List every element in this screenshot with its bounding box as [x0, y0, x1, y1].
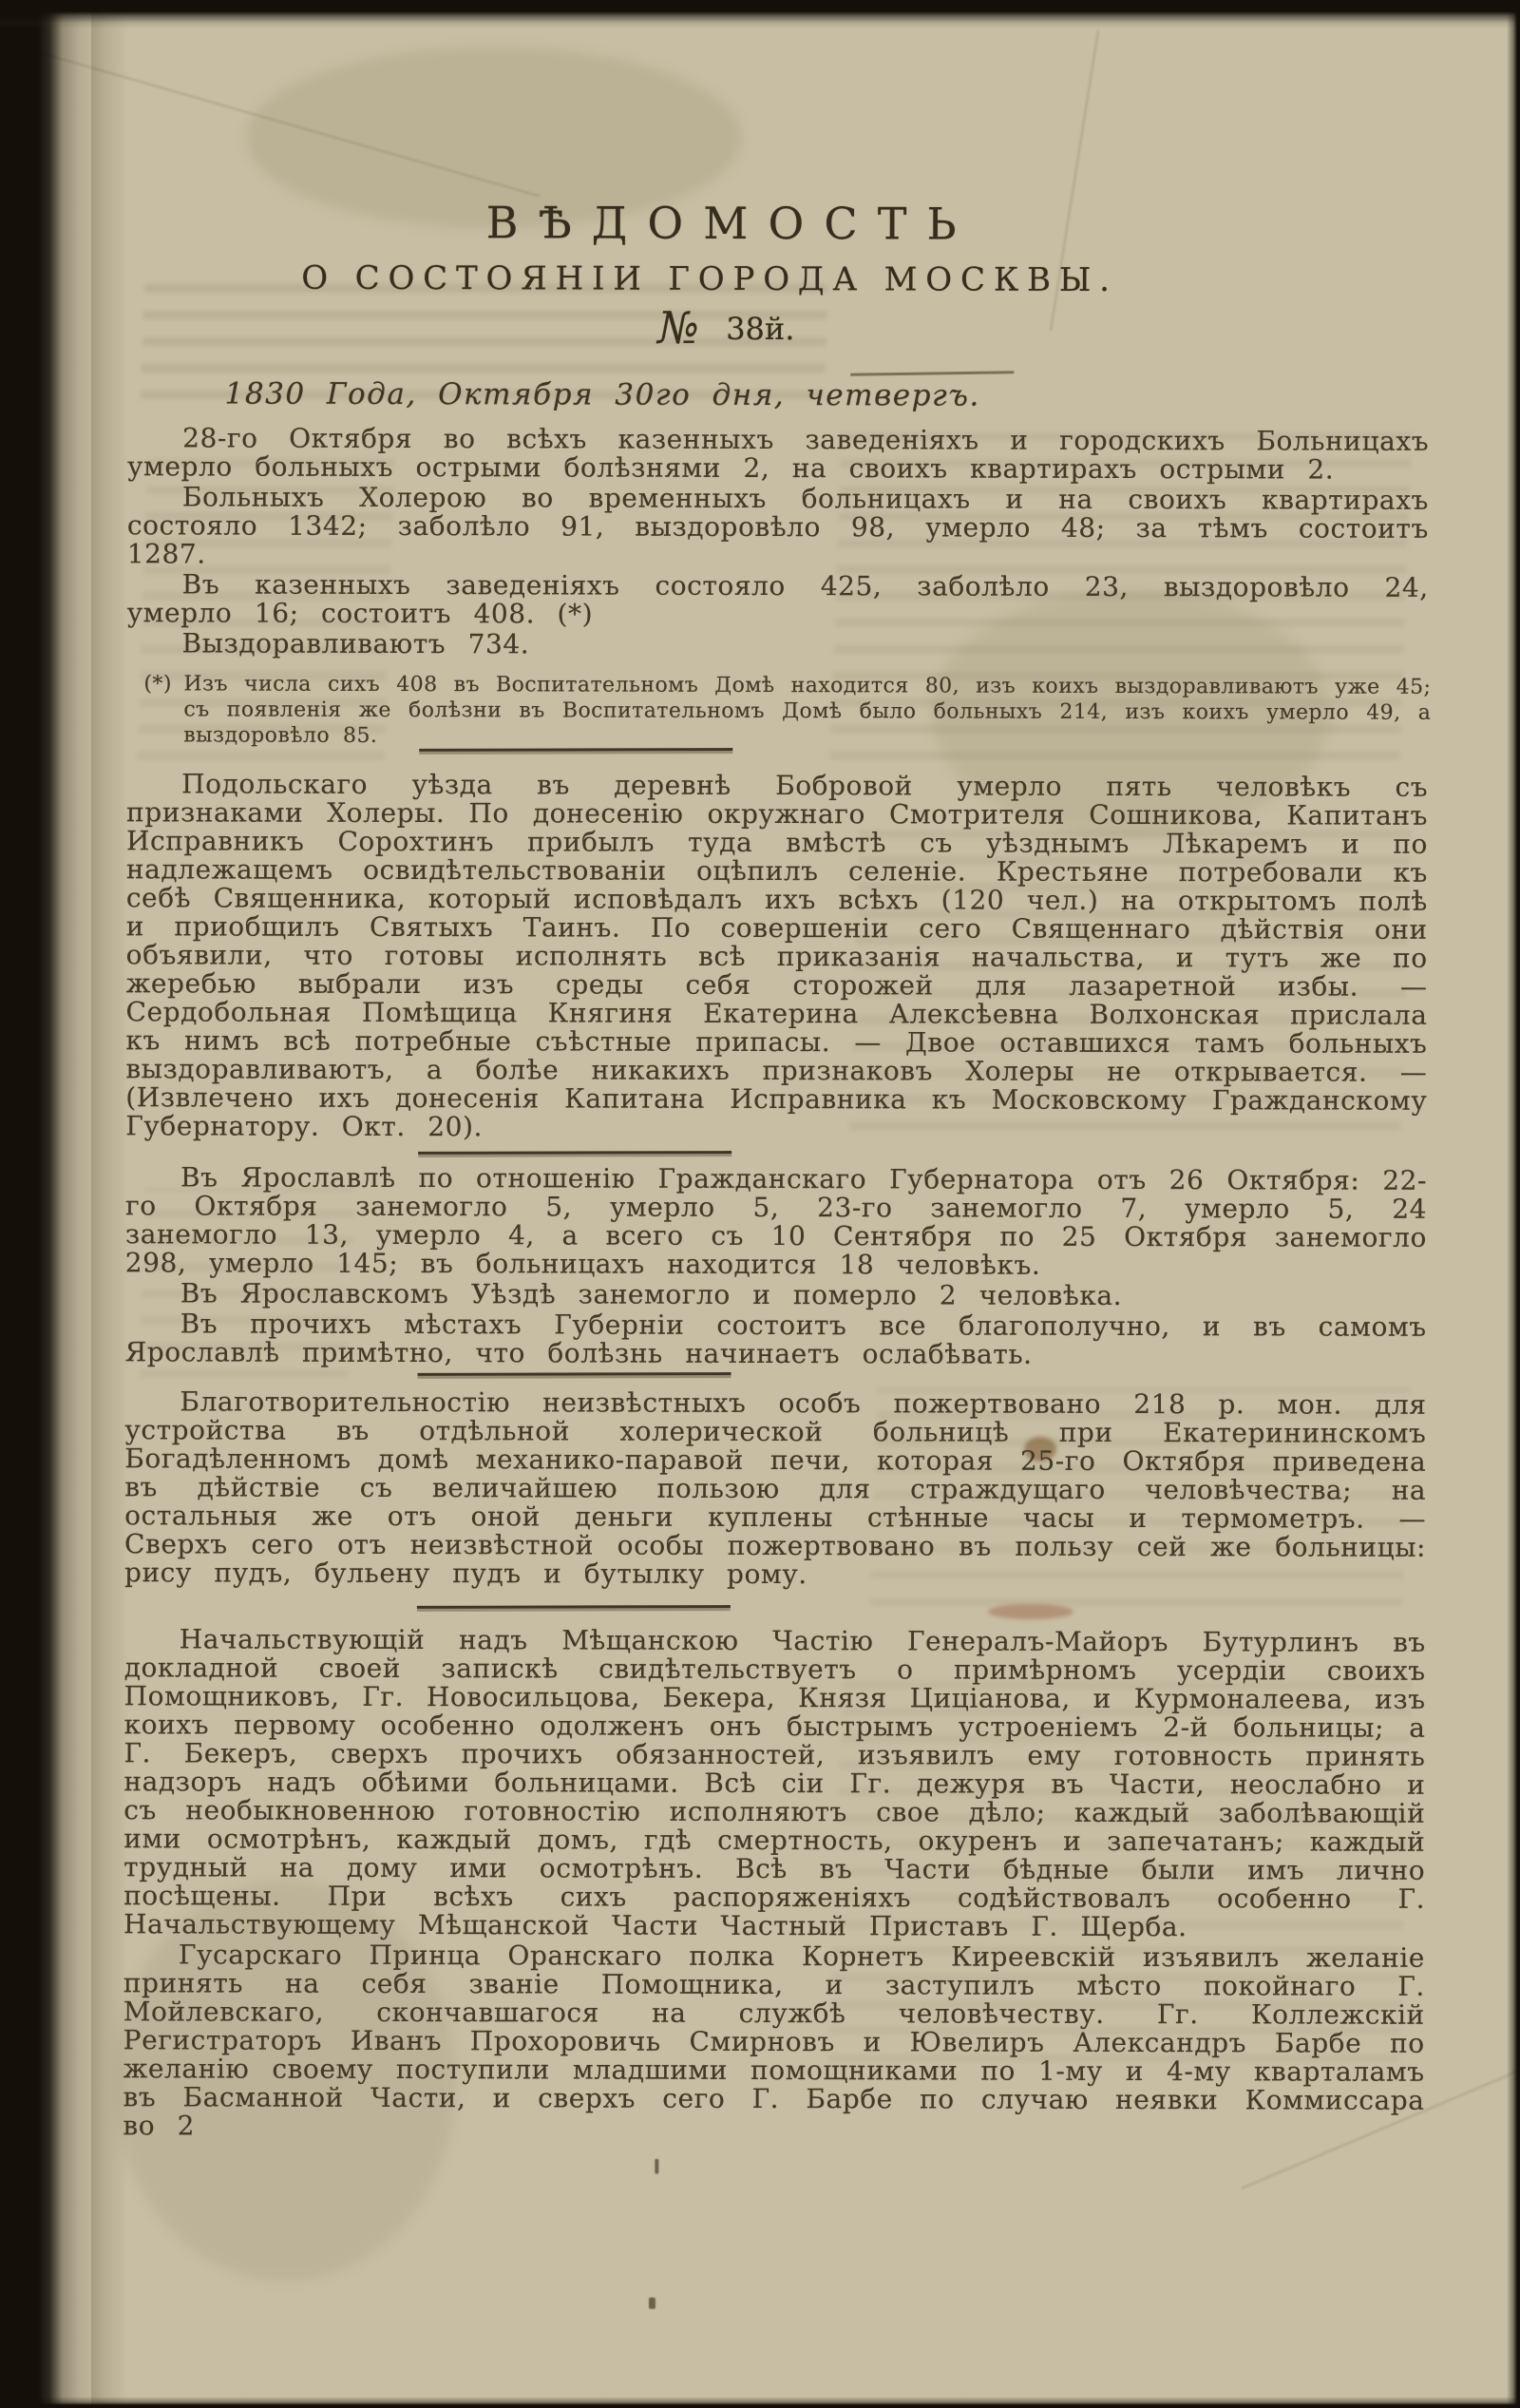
section-podolsk: Подольскаго уѣзда въ деревнѣ Бобровой ум…	[125, 770, 1428, 1146]
paragraph: Въ Ярославлѣ по отношенію Гражданскаго Г…	[125, 1163, 1427, 1281]
section-charity: Благотворительностію неизвѣстныхъ особъ …	[124, 1387, 1427, 1593]
section-divider	[417, 1605, 731, 1609]
footnote-mark: (*)	[143, 671, 183, 697]
numero-sign: №	[657, 302, 701, 354]
paragraph: Благотворительностію неизвѣстныхъ особъ …	[124, 1387, 1427, 1591]
paragraph: Начальствующій надъ Мѣщанскою Частію Ген…	[123, 1625, 1426, 1942]
paragraph: Больныхъ Холерою во временныхъ больницах…	[127, 483, 1429, 572]
paragraph: Подольскаго уѣзда въ деревнѣ Бобровой ум…	[125, 770, 1428, 1144]
paragraph: Въ прочихъ мѣстахъ Губерніи состоитъ все…	[125, 1309, 1427, 1370]
printed-content: ВѢДОМОСТЬ О СОСТОЯНІИ ГОРОДА МОСКВЫ. №38…	[0, 0, 1520, 2408]
paragraph: Въ Ярославскомъ Уѣздѣ занемогло и померл…	[125, 1279, 1427, 1311]
issue-number-line: №38й.	[127, 300, 1324, 354]
page-subtitle: О СОСТОЯНІИ ГОРОДА МОСКВЫ.	[127, 258, 1291, 299]
paragraph: Выздоравливаютъ 734.	[127, 629, 1429, 661]
section-divider	[418, 1151, 731, 1155]
section-yaroslavl: Въ Ярославлѣ по отношенію Гражданскаго Г…	[125, 1163, 1428, 1372]
ink-speck	[649, 2298, 655, 2309]
footnote-text: (*)Изъ числа сихъ 408 въ Воспитательномъ…	[143, 671, 1431, 752]
section-officials: Начальствующій надъ Мѣщанскою Частію Ген…	[123, 1625, 1425, 2146]
date-line: 1830 Года, Октября 30го дня, четвергъ.	[127, 376, 1077, 413]
ink-speck	[655, 2159, 658, 2174]
paragraph: 28-го Октября во всѣхъ казенныхъ заведен…	[127, 424, 1429, 485]
section-divider	[419, 748, 732, 752]
section-daily-bulletin: 28-го Октября во всѣхъ казенныхъ заведен…	[126, 424, 1429, 663]
paragraph: Въ казенныхъ заведеніяхъ состояло 425, з…	[127, 570, 1429, 631]
short-rule	[850, 371, 1014, 376]
section-divider	[418, 1372, 731, 1376]
paragraph: Гусарскаго Принца Оранскаго полка Корнет…	[123, 1940, 1425, 2144]
page-title: ВѢДОМОСТЬ	[128, 196, 1335, 250]
issue-number: 38й.	[726, 311, 794, 347]
scanned-newspaper-page: ВѢДОМОСТЬ О СОСТОЯНІИ ГОРОДА МОСКВЫ. №38…	[0, 0, 1520, 2408]
footnote: (*)Изъ числа сихъ 408 въ Воспитательномъ…	[143, 671, 1431, 752]
